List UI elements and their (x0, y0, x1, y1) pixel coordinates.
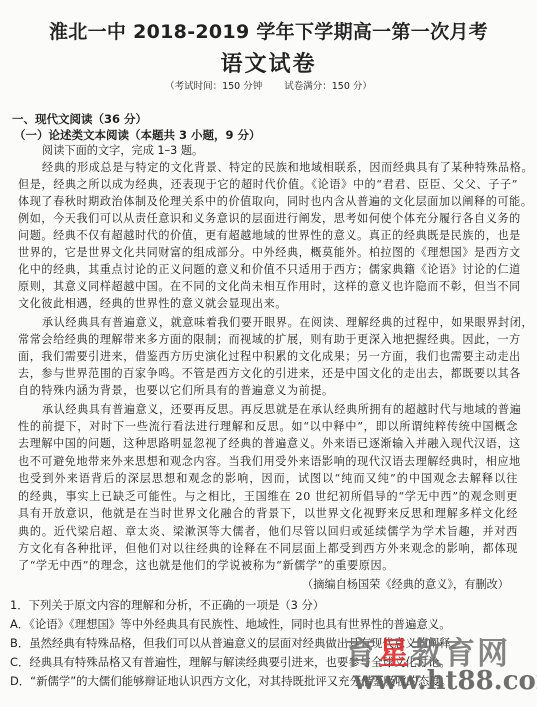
passage-line: 常常会给经典的理解带来多方面的限制；而视域的扩展，则有助于更深入地把握经典。因此… (18, 333, 518, 347)
reading-instruction: 阅读下面的文字，完成 1–3 题。 (42, 144, 203, 158)
option-b: B．虽然经典有特殊品格，但我们可以从普遍意义的层面对经典做出具有现代意义的阐释。 (10, 636, 462, 650)
subject-title: 语文试卷 (0, 47, 537, 78)
exam-title: 淮北一中 2018-2019 学年下学期高一第一次月考 (0, 17, 537, 44)
passage-line: 体现了春秋时期政治体制及伦理关系中的价值取向，同时也内含从普遍的文化层面加以阐释… (18, 195, 518, 209)
full-score: 试卷满分：150 分） (284, 81, 372, 92)
passage-line: 但是，经典之所以成为经典，还表现于它的超时代价值。《论语》中的“君君、臣臣、父父… (18, 178, 518, 192)
passage-line: 也受到外来语背后的深层思想和观念的影响，因而，试图以“纯而又纯”的中国观念去解释… (18, 472, 518, 486)
passage-line: 自的特殊内涵为背景，也要以它们所具有的普遍意义为前提。 (18, 384, 518, 398)
passage-source: （摘编自杨国荣《经典的意义》，有删改） (302, 578, 509, 592)
exam-page: 淮北一中 2018-2019 学年下学期高一第一次月考 语文试卷 （考试时间：1… (0, 0, 537, 707)
passage-line: 经典的形成总是与特定的文化背景、特定的民族和地域相联系，因而经典具有了某种特殊品… (18, 161, 518, 175)
exam-info: （考试时间：150 分钟试卷满分：150 分） (0, 78, 537, 92)
passage-line: 去，参与世界范围的百家争鸣。不管是西方文化的引进来，还是中国文化的走出去，都既要… (18, 367, 518, 381)
passage-line: 问题。经典不仅有超越时代的价值，更有超越地域的世界性的意义。真正的经典既是民族的… (18, 229, 518, 243)
passage-line: 了“学无中西”的理念，这也就是他们的学说被称为“新儒学”的重要原因。 (18, 559, 518, 573)
passage-line: 世界的，它是世界文化共同财富的组成部分。中外经典，概莫能外。柏拉图的《理想国》是… (18, 246, 518, 260)
section-heading: 一、现代文阅读（36 分） (12, 112, 147, 126)
passage-line: 方文化有各种批评，但他们对以往经典的诠释在不同层面上都受到西方外来观念的影响，都… (18, 542, 518, 556)
option-a: A．《论语》《理想国》等中外经典具有民族性、地域性，同时也具有世界性的普遍意义。 (10, 617, 451, 631)
subsection-heading: （一）论述类文本阅读（本题共 3 小题，9 分） (14, 128, 261, 142)
question-stem: 1．下列关于原文内容的理解和分析，不正确的一项是（3 分） (10, 598, 324, 612)
exam-time: （考试时间：150 分钟 (165, 81, 262, 92)
passage-line: 例如，今天我们可以从责任意识和义务意识的层面进行阐发，思考如何使个体充分履行各自… (18, 212, 518, 226)
option-c: C．经典具有特殊品格又有普遍性，理解与解读经典要引进来，也要参与全球文化讨论。 (10, 655, 451, 669)
passage-line: 化中的经典，其重点讨论的正义问题的意义和价值不只适用于西方；儒家典籍《论语》讨论… (18, 263, 518, 277)
passage-line: 文化彼此相遇，经典的世界性的意义就会显现出来。 (18, 297, 518, 311)
option-d: D．“新儒学”的大儒们能够辩证地认识西方文化，对其持既批评又充分借鉴吸收的态度。 (10, 674, 452, 688)
passage-line: 具有开放意识，他就是在当时世界文化融合的背景下，以世界文化视野来反思和理解多样文… (18, 507, 518, 521)
passage-line: 也不可避免地带来外来思想和观念内容。当我们用受外来语影响的现代汉语去理解经典时，… (18, 455, 518, 469)
passage-line: 面，我们需要引进来，借鉴西方历史演化过程中积累的文化成果；另一方面，我们也需要主… (18, 350, 518, 364)
passage-line: 典的。近代梁启超、章太炎、梁漱溟等大儒者，他们尽管以回归或延续儒学为学术旨趣，并… (18, 525, 518, 539)
passage-line: 去理解中国的问题，这种思路明显忽视了经典的普遍意义。外来语已逐渐输入并融入现代汉… (18, 437, 518, 451)
passage-line: 性的前提下，对时下一些流行看法进行理解和反思。如“以中释中”，即以所谓纯粹传统中… (18, 420, 518, 434)
passage-line: 承认经典具有普遍意义，就意味着我们要开眼界。在阅读、理解经典的过程中，如果眼界封… (18, 316, 518, 330)
passage-line: 承认经典具有普遍意义，还要再反思。再反思就是在承认经典所拥有的超越时代与地域的普… (18, 403, 518, 417)
passage-line: 原则，其意义同样超越中国。在不同的文化尚未相互作用时，这样的意义也许隐而不彰，但… (18, 280, 518, 294)
passage-line: 的经典，事实上已缺乏可能性。与之相比，王国维在 20 世纪初所倡导的“学无中西”… (18, 490, 518, 504)
